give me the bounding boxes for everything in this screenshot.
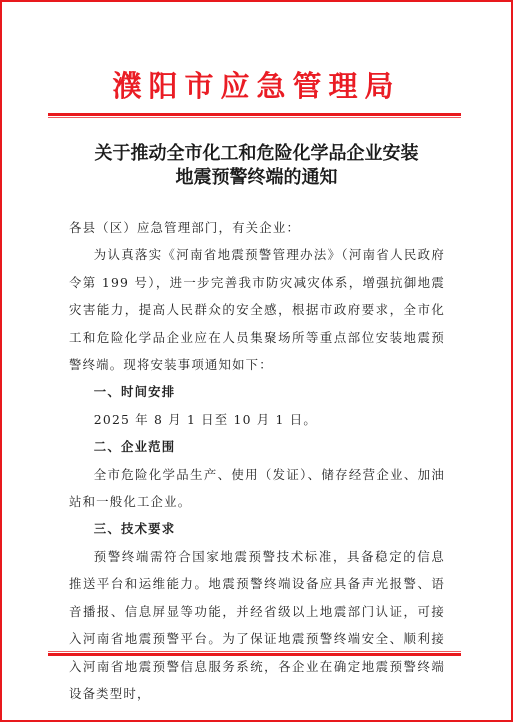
header-red-rule-thin [48, 117, 461, 118]
document-body: 各县（区）应急管理部门，有关企业： 为认真落实《河南省地震预警管理办法》（河南省… [69, 214, 445, 707]
section-heading-scope: 二、企业范围 [69, 433, 445, 460]
section-text-technical: 预警终端需符合国家地震预警技术标准，具备稳定的信息推送平台和运维能力。地震预警终… [69, 543, 445, 707]
section-heading-schedule: 一、时间安排 [69, 378, 445, 405]
header-red-rule-thick [48, 113, 461, 116]
section-heading-technical: 三、技术要求 [69, 515, 445, 542]
document-title: 关于推动全市化工和危险化学品企业安装 地震预警终端的通知 [0, 142, 513, 190]
section-text-scope: 全市危险化学品生产、使用（发证）、储存经营企业、加油站和一般化工企业。 [69, 461, 445, 516]
footer-red-rule-thin [48, 651, 461, 652]
document-title-line-2: 地震预警终端的通知 [0, 166, 513, 190]
issuing-organization-title: 濮阳市应急管理局 [0, 68, 513, 104]
document-title-line-1: 关于推动全市化工和危险化学品企业安装 [0, 142, 513, 166]
intro-paragraph: 为认真落实《河南省地震预警管理办法》（河南省人民政府令第 199 号），进一步完… [69, 241, 445, 378]
footer-red-rule-thick [48, 653, 461, 656]
salutation: 各县（区）应急管理部门，有关企业： [69, 214, 445, 241]
section-text-schedule: 2025 年 8 月 1 日至 10 月 1 日。 [69, 406, 445, 433]
